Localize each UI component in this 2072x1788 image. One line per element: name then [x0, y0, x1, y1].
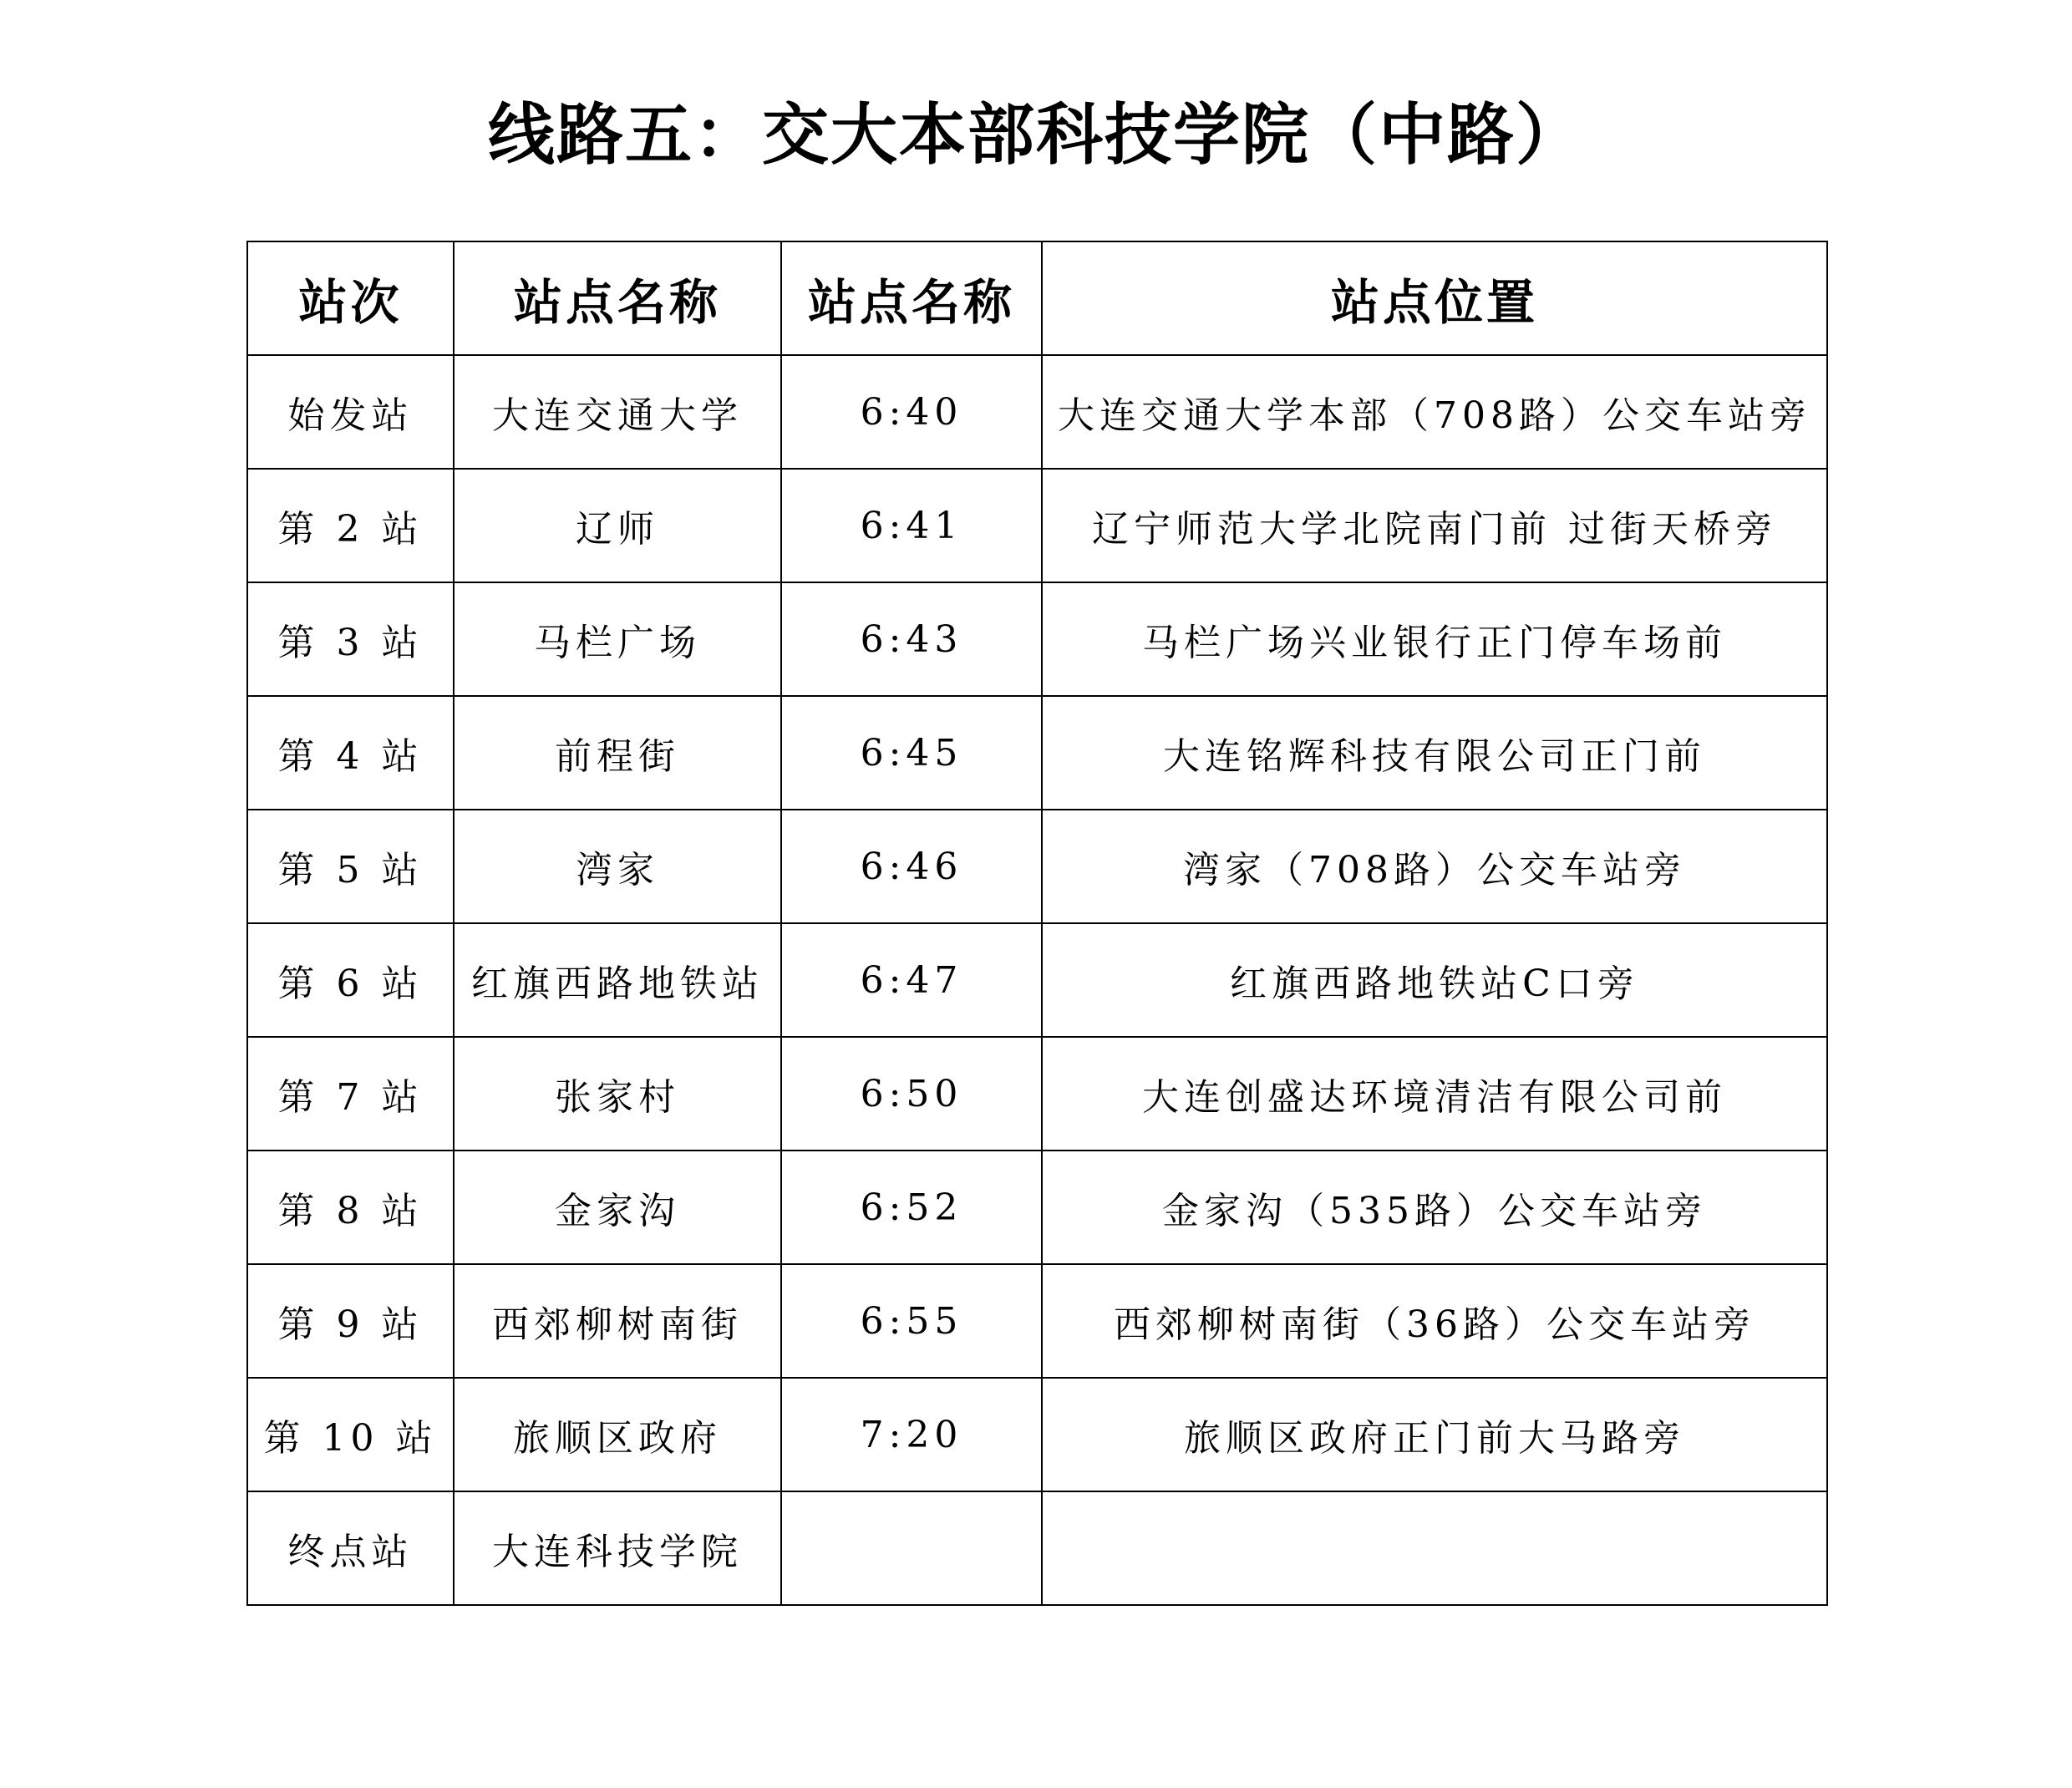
- stop-location: 辽宁师范大学北院南门前 过街天桥旁: [1042, 469, 1827, 582]
- stop-number: 第 2 站: [247, 469, 454, 582]
- stop-number: 第 3 站: [247, 582, 454, 696]
- stop-location: [1042, 1491, 1827, 1605]
- stop-number: 终点站: [247, 1491, 454, 1605]
- stop-number: 第 4 站: [247, 696, 454, 810]
- table-row: 第 2 站 辽师 6:41 辽宁师范大学北院南门前 过街天桥旁: [247, 469, 1827, 582]
- stop-number: 始发站: [247, 355, 454, 469]
- table-row: 始发站 大连交通大学 6:40 大连交通大学本部（708路）公交车站旁: [247, 355, 1827, 469]
- table-row: 第 9 站 西郊柳树南街 6:55 西郊柳树南街（36路）公交车站旁: [247, 1264, 1827, 1378]
- stop-name: 前程街: [454, 696, 781, 810]
- departure-time: 6:45: [781, 696, 1042, 810]
- stop-location: 红旗西路地铁站C口旁: [1042, 923, 1827, 1037]
- departure-time: 7:20: [781, 1378, 1042, 1491]
- departure-time: 6:46: [781, 810, 1042, 923]
- stop-name: 旅顺区政府: [454, 1378, 781, 1491]
- departure-time: 6:40: [781, 355, 1042, 469]
- stop-location: 大连交通大学本部（708路）公交车站旁: [1042, 355, 1827, 469]
- header-stop-location: 站点位置: [1042, 241, 1827, 355]
- header-stop-name: 站点名称: [454, 241, 781, 355]
- stop-name: 大连科技学院: [454, 1491, 781, 1605]
- stop-number: 第 7 站: [247, 1037, 454, 1151]
- table-row: 第 8 站 金家沟 6:52 金家沟（535路）公交车站旁: [247, 1151, 1827, 1264]
- stop-number: 第 8 站: [247, 1151, 454, 1264]
- departure-time: 6:50: [781, 1037, 1042, 1151]
- stop-name: 金家沟: [454, 1151, 781, 1264]
- table-row: 第 10 站 旅顺区政府 7:20 旅顺区政府正门前大马路旁: [247, 1378, 1827, 1491]
- stop-location: 湾家（708路）公交车站旁: [1042, 810, 1827, 923]
- table-row: 终点站 大连科技学院: [247, 1491, 1827, 1605]
- departure-time: 6:43: [781, 582, 1042, 696]
- stop-number: 第 9 站: [247, 1264, 454, 1378]
- stop-number: 第 6 站: [247, 923, 454, 1037]
- stop-name: 红旗西路地铁站: [454, 923, 781, 1037]
- table-row: 第 4 站 前程街 6:45 大连铭辉科技有限公司正门前: [247, 696, 1827, 810]
- stop-name: 马栏广场: [454, 582, 781, 696]
- table-row: 第 3 站 马栏广场 6:43 马栏广场兴业银行正门停车场前: [247, 582, 1827, 696]
- stop-location: 大连铭辉科技有限公司正门前: [1042, 696, 1827, 810]
- stop-number: 第 10 站: [247, 1378, 454, 1491]
- stop-name: 张家村: [454, 1037, 781, 1151]
- table-row: 第 7 站 张家村 6:50 大连创盛达环境清洁有限公司前: [247, 1037, 1827, 1151]
- header-stop-number: 站次: [247, 241, 454, 355]
- bus-schedule-table: 站次 站点名称 站点名称 站点位置 始发站 大连交通大学 6:40 大连交通大学…: [246, 241, 1828, 1606]
- stop-name: 辽师: [454, 469, 781, 582]
- header-departure-time: 站点名称: [781, 241, 1042, 355]
- departure-time: 6:55: [781, 1264, 1042, 1378]
- page-title: 线路五：交大本部科技学院（中路）: [0, 94, 2072, 177]
- stop-location: 旅顺区政府正门前大马路旁: [1042, 1378, 1827, 1491]
- departure-time: 6:47: [781, 923, 1042, 1037]
- stop-name: 西郊柳树南街: [454, 1264, 781, 1378]
- stop-name: 湾家: [454, 810, 781, 923]
- stop-location: 大连创盛达环境清洁有限公司前: [1042, 1037, 1827, 1151]
- departure-time: 6:52: [781, 1151, 1042, 1264]
- table-row: 第 6 站 红旗西路地铁站 6:47 红旗西路地铁站C口旁: [247, 923, 1827, 1037]
- departure-time: [781, 1491, 1042, 1605]
- stop-location: 西郊柳树南街（36路）公交车站旁: [1042, 1264, 1827, 1378]
- departure-time: 6:41: [781, 469, 1042, 582]
- stop-name: 大连交通大学: [454, 355, 781, 469]
- table-row: 第 5 站 湾家 6:46 湾家（708路）公交车站旁: [247, 810, 1827, 923]
- table-header-row: 站次 站点名称 站点名称 站点位置: [247, 241, 1827, 355]
- stop-location: 金家沟（535路）公交车站旁: [1042, 1151, 1827, 1264]
- stop-number: 第 5 站: [247, 810, 454, 923]
- stop-location: 马栏广场兴业银行正门停车场前: [1042, 582, 1827, 696]
